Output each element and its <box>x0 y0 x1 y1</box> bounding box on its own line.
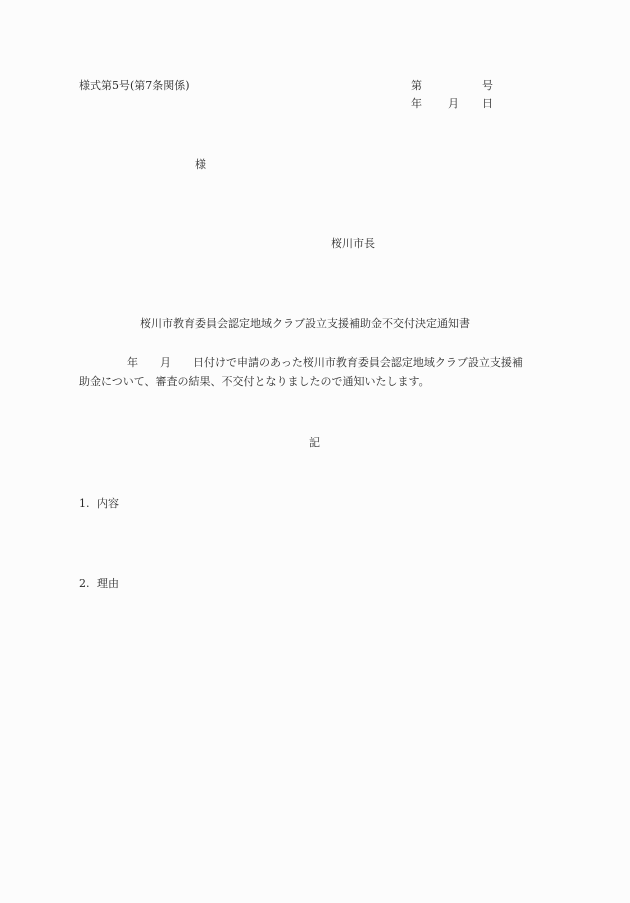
date-year-label: 年 <box>411 97 422 111</box>
body-month-label: 月 <box>160 356 171 369</box>
document-title: 桜川市教育委員会認定地域クラブ設立支援補助金不交付決定通知書 <box>140 317 470 331</box>
item-reason: 2.理由 <box>79 577 119 591</box>
item-number: 2. <box>79 577 97 591</box>
body-line-2: 助金について、審査の結果、不交付となりましたので通知いたします。 <box>79 375 430 389</box>
recipient-honorific: 様 <box>195 158 206 172</box>
item-number: 1. <box>79 497 97 511</box>
body-year-label: 年 <box>127 356 138 369</box>
body-line-1: 年月日付けで申請のあった桜川市教育委員会認定地域クラブ設立支援補 <box>127 356 523 370</box>
form-number: 様式第5号(第7条関係) <box>79 79 190 93</box>
date-month-label: 月 <box>448 97 459 111</box>
date-day-label: 日 <box>482 97 493 111</box>
item-label: 内容 <box>97 497 119 510</box>
item-contents: 1.内容 <box>79 497 119 511</box>
item-label: 理由 <box>97 577 119 590</box>
note-heading: 記 <box>309 436 320 450</box>
sender-name: 桜川市長 <box>331 237 375 251</box>
document-number-prefix: 第 <box>411 79 422 93</box>
document-number-suffix: 号 <box>482 79 493 93</box>
body-text-line-1: 日付けで申請のあった桜川市教育委員会認定地域クラブ設立支援補 <box>193 356 523 369</box>
